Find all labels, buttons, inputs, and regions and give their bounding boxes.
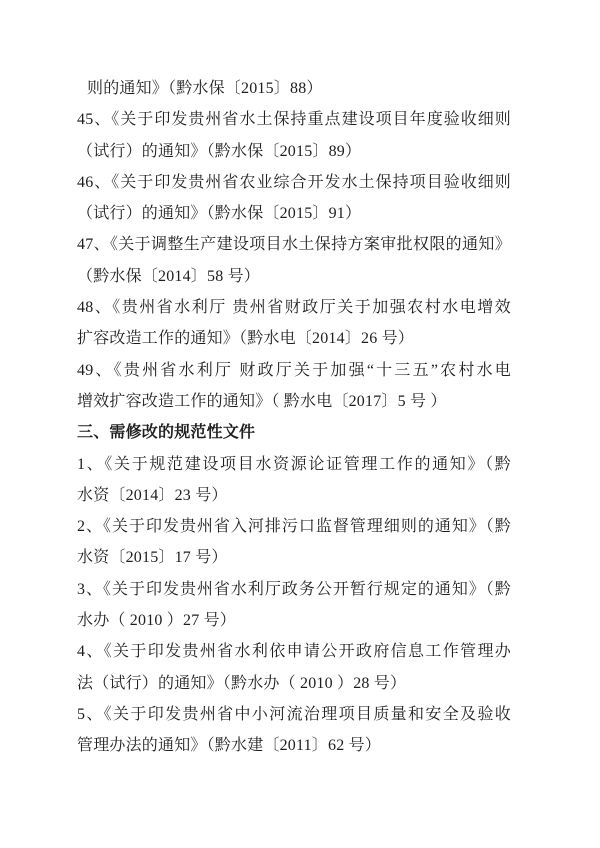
paragraph-item-2: 2、《关于印发贵州省入河排污口监督管理细则的通知》（黔水资〔2015〕17 号） — [77, 511, 511, 574]
text-line: 三、需修改的规范性文件 — [77, 417, 511, 448]
text-line: 47、《关于调整生产建设项目水土保持方案审批权限的通知》 — [77, 229, 511, 260]
text-line: （试行）的通知》（黔水保〔2015〕91） — [77, 198, 511, 229]
paragraph-item-5: 5、《关于印发贵州省中小河流治理项目质量和安全及验收管理办法的通知》（黔水建〔2… — [77, 699, 511, 762]
text-line: 1、《关于规范建设项目水资源论证管理工作的通知》（黔 — [77, 449, 511, 480]
text-line: （试行）的通知》（黔水保〔2015〕89） — [77, 136, 511, 167]
text-line: 水办（ 2010 ）27 号） — [77, 605, 511, 636]
paragraph-item-48: 48、《贵州省水利厅 贵州省财政厅关于加强农村水电增效扩容改造工作的通知》（黔水… — [77, 292, 511, 355]
text-line: 4、《关于印发贵州省水利依申请公开政府信息工作管理办 — [77, 636, 511, 667]
paragraph-section-3-heading: 三、需修改的规范性文件 — [77, 417, 511, 448]
text-line: 水资〔2014〕23 号） — [77, 480, 511, 511]
paragraph-item-4: 4、《关于印发贵州省水利依申请公开政府信息工作管理办法（试行）的通知》（黔水办（… — [77, 636, 511, 699]
text-line: 增效扩容改造工作的通知》（ 黔水电〔2017〕5 号 ） — [77, 386, 511, 417]
paragraph-item-3: 3、《关于印发贵州省水利厅政务公开暂行规定的通知》（黔水办（ 2010 ）27 … — [77, 574, 511, 637]
text-line: 管理办法的通知》（黔水建〔2011〕62 号） — [77, 730, 511, 761]
text-line: 水资〔2015〕17 号） — [77, 542, 511, 573]
text-line: 3、《关于印发贵州省水利厅政务公开暂行规定的通知》（黔 — [77, 574, 511, 605]
text-line: 49、《贵州省水利厅 财政厅关于加强“十三五”农村水电 — [77, 355, 511, 386]
paragraph-item-45: 45、《关于印发贵州省水土保持重点建设项目年度验收细则（试行）的通知》（黔水保〔… — [77, 104, 511, 167]
paragraph-item-49: 49、《贵州省水利厅 财政厅关于加强“十三五”农村水电增效扩容改造工作的通知》（… — [77, 355, 511, 418]
text-line: 则的通知》（黔水保〔2015〕88） — [77, 73, 511, 104]
text-line: 46、《关于印发贵州省农业综合开发水土保持项目验收细则 — [77, 167, 511, 198]
text-line: 48、《贵州省水利厅 贵州省财政厅关于加强农村水电增效 — [77, 292, 511, 323]
text-line: 法（试行）的通知》（黔水办（ 2010 ）28 号） — [77, 668, 511, 699]
paragraph-item-44-continuation: 则的通知》（黔水保〔2015〕88） — [77, 73, 511, 104]
text-line: 5、《关于印发贵州省中小河流治理项目质量和安全及验收 — [77, 699, 511, 730]
paragraph-item-1: 1、《关于规范建设项目水资源论证管理工作的通知》（黔水资〔2014〕23 号） — [77, 449, 511, 512]
text-line: 45、《关于印发贵州省水土保持重点建设项目年度验收细则 — [77, 104, 511, 135]
document-page: 则的通知》（黔水保〔2015〕88）45、《关于印发贵州省水土保持重点建设项目年… — [0, 0, 600, 848]
paragraph-item-46: 46、《关于印发贵州省农业综合开发水土保持项目验收细则（试行）的通知》（黔水保〔… — [77, 167, 511, 230]
text-line: 扩容改造工作的通知》（黔水电〔2014〕26 号） — [77, 323, 511, 354]
text-line: 2、《关于印发贵州省入河排污口监督管理细则的通知》（黔 — [77, 511, 511, 542]
paragraph-item-47: 47、《关于调整生产建设项目水土保持方案审批权限的通知》（黔水保〔2014〕58… — [77, 229, 511, 292]
text-line: （黔水保〔2014〕58 号） — [77, 261, 511, 292]
document-text-body: 则的通知》（黔水保〔2015〕88）45、《关于印发贵州省水土保持重点建设项目年… — [77, 73, 511, 762]
